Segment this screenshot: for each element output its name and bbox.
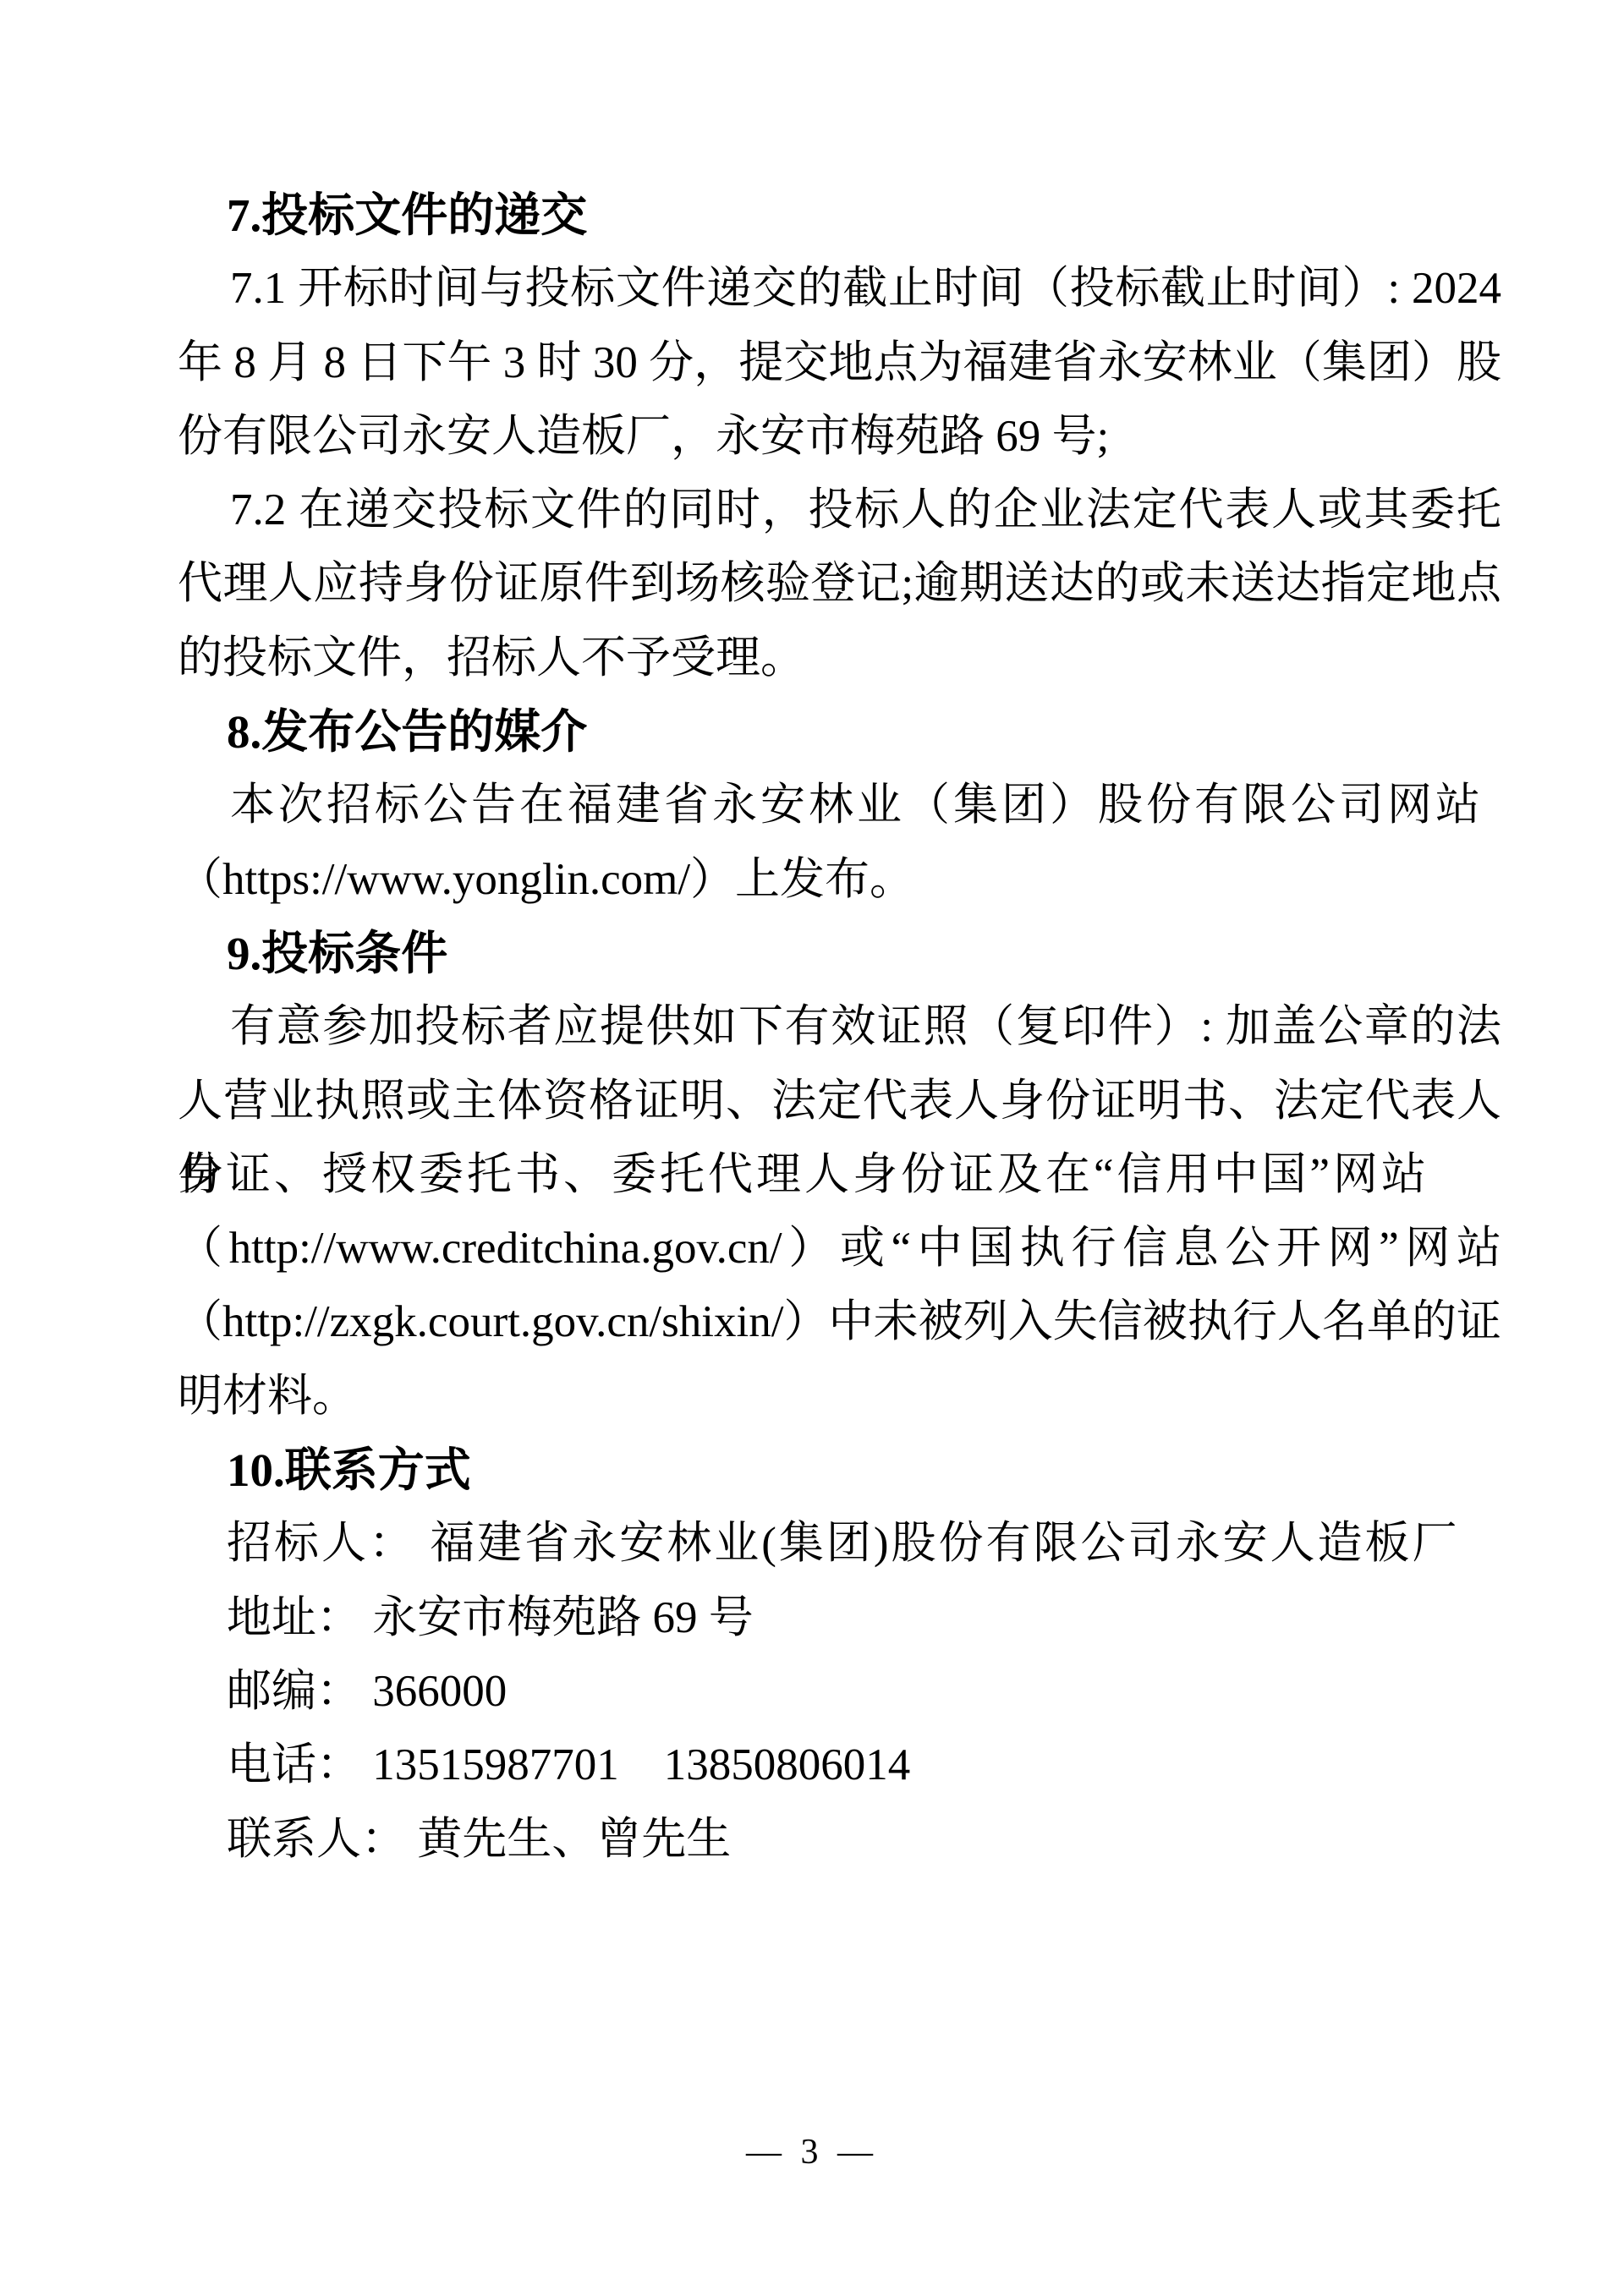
para-7-1-line-3: 份有限公司永安人造板厂，永安市梅苑路 69 号; (178, 400, 1501, 474)
para-7-2-line-2: 代理人应持身份证原件到场核验登记;逾期送达的或未送达指定地点 (178, 547, 1501, 621)
para-8-line-2: （https://www.yonglin.com/）上发布。 (178, 843, 1501, 917)
section-10-heading: 10.联系方式 (178, 1433, 1501, 1507)
para-9-line-3: 份证、授权委托书、委托代理人身份证及在“信用中国”网站 (178, 1138, 1501, 1212)
para-9-line-1: 有意参加投标者应提供如下有效证照（复印件）: 加盖公章的法 (178, 990, 1501, 1064)
section-8-heading: 8.发布公告的媒介 (178, 695, 1501, 769)
para-9-line-4: （http://www.creditchina.gov.cn/）或“中国执行信息… (178, 1212, 1501, 1285)
section-9-heading: 9.投标条件 (178, 917, 1501, 990)
page-number: — 3 — (0, 2127, 1624, 2178)
document-page: 7.投标文件的递交 7.1 开标时间与投标文件递交的截止时间（投标截止时间）: … (0, 0, 1624, 2296)
para-9-line-6: 明材料。 (178, 1360, 1501, 1433)
para-7-1-line-2: 年 8 月 8 日下午 3 时 30 分，提交地点为福建省永安林业（集团）股 (178, 326, 1501, 400)
para-7-2-line-3: 的投标文件，招标人不予受理。 (178, 622, 1501, 695)
para-8-line-1: 本次招标公告在福建省永安林业（集团）股份有限公司网站 (178, 769, 1501, 842)
contact-line-postcode: 邮编： 366000 (178, 1655, 1501, 1729)
section-7-heading: 7.投标文件的递交 (178, 178, 1501, 252)
contact-line-phone: 电话： 13515987701 13850806014 (178, 1729, 1501, 1802)
document-body: 7.投标文件的递交 7.1 开标时间与投标文件递交的截止时间（投标截止时间）: … (178, 178, 1501, 1877)
contact-line-address: 地址： 永安市梅苑路 69 号 (178, 1581, 1501, 1655)
contact-line-bidder: 招标人： 福建省永安林业(集团)股份有限公司永安人造板厂 (178, 1507, 1501, 1581)
para-9-line-2: 人营业执照或主体资格证明、法定代表人身份证明书、法定代表人身 (178, 1065, 1501, 1138)
para-7-2-line-1: 7.2 在递交投标文件的同时，投标人的企业法定代表人或其委托 (178, 474, 1501, 547)
para-9-line-5: （http://zxgk.court.gov.cn/shixin/）中未被列入失… (178, 1285, 1501, 1359)
para-7-1-line-1: 7.1 开标时间与投标文件递交的截止时间（投标截止时间）: 2024 (178, 252, 1501, 326)
contact-line-person: 联系人： 黄先生、曾先生 (178, 1803, 1501, 1877)
